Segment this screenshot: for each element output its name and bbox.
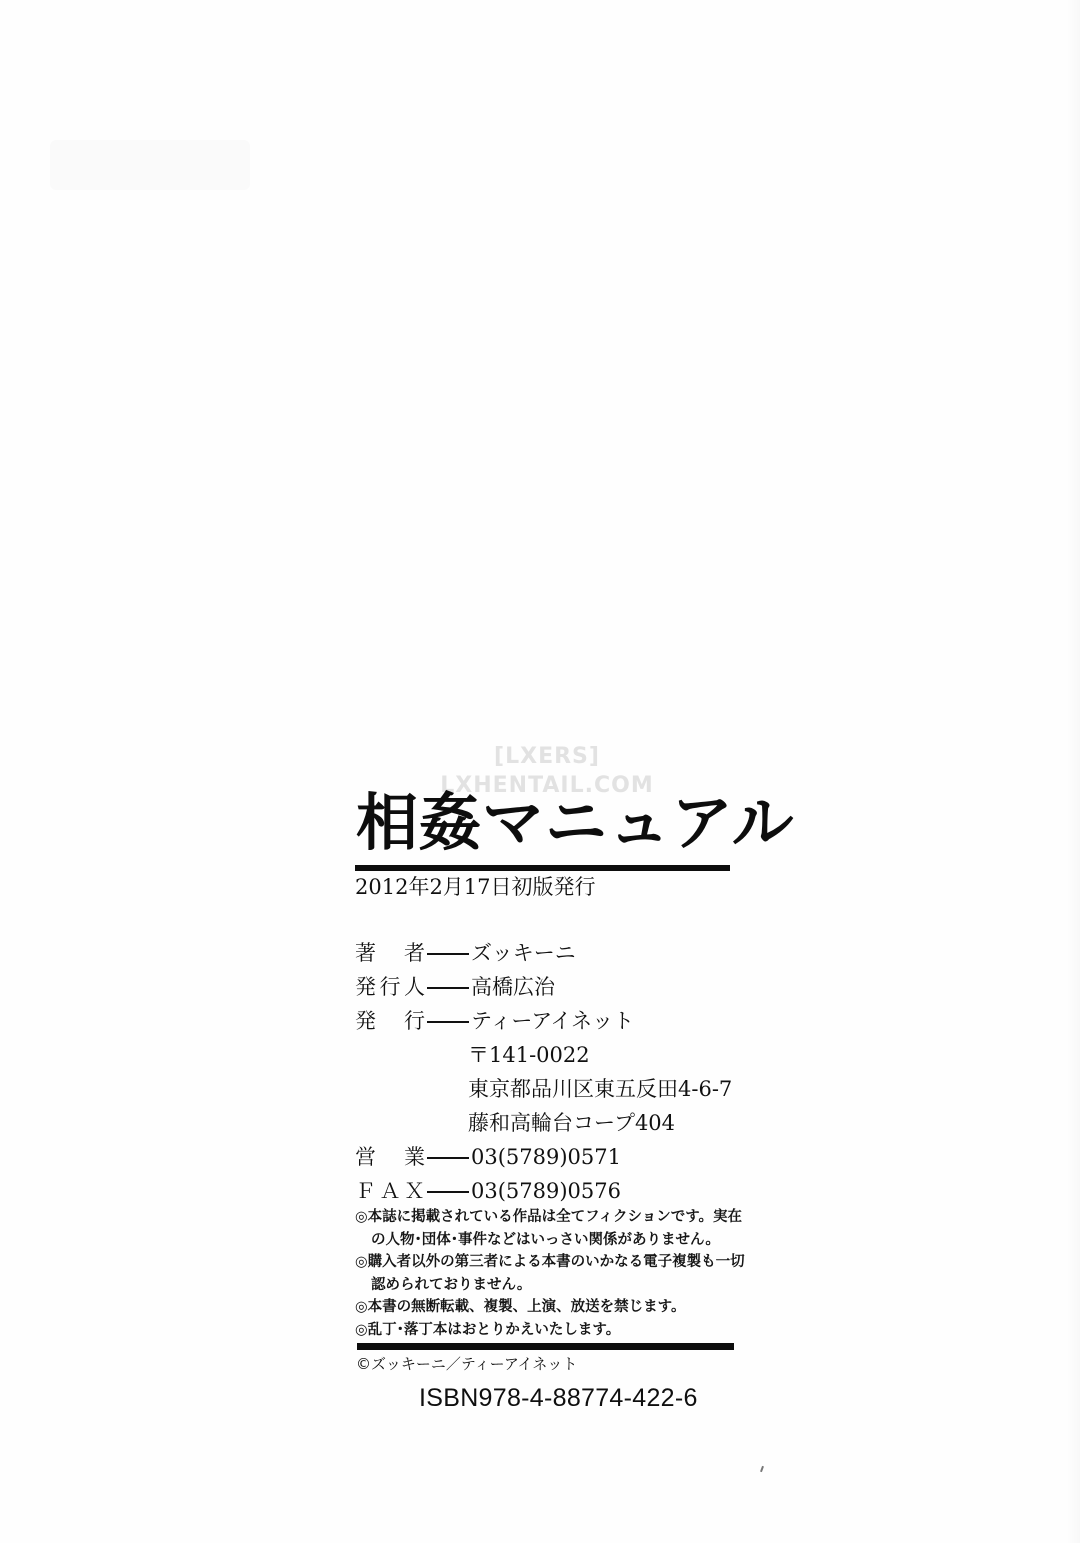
postal-code: 〒141-0022 [355,1038,732,1072]
leader-dash [427,1021,469,1023]
credit-label: 著 者 [355,936,425,970]
leader-dash [427,987,469,989]
colophon-page: [LXERS] LXHENTAIL.COM 相姦マニュアル 2012年2月17日… [0,0,1080,1543]
scan-smudge [50,140,250,190]
scan-edge-shadow [1066,0,1080,1543]
notices-block: ◎本誌に掲載されている作品は全てフィクションです。実在の人物･団体･事件などはい… [355,1206,745,1341]
contact-value: 03(5789)0576 [471,1174,621,1208]
credit-author: 著 者 ズッキーニ [355,936,732,970]
credit-value: 高橋広治 [471,970,555,1004]
notice-reproduction: ◎本書の無断転載、複製、上演、放送を禁じます。 [355,1296,745,1319]
contact-label: ＦＡＸ [355,1174,425,1208]
leader-dash [427,1157,469,1159]
address-line-2: 藤和高輪台コープ404 [355,1106,732,1140]
watermark-line-1: [LXERS] [352,744,742,769]
leader-dash [427,1191,469,1193]
edition-date: 2012年2月17日初版発行 [355,874,596,900]
credit-value: ティーアイネット [471,1004,634,1038]
isbn: ISBN978-4-88774-422-6 [419,1382,698,1414]
credit-label: 発 行 [355,1004,425,1038]
credit-publisher: 発 行 ティーアイネット [355,1004,732,1038]
credit-label: 発行人 [355,970,425,1004]
book-title: 相姦マニュアル [356,790,795,856]
credit-value: ズッキーニ [471,936,576,970]
contact-sales: 営 業 03(5789)0571 [355,1140,732,1174]
leader-dash [427,953,469,955]
scan-speck [760,1466,764,1472]
contact-fax: ＦＡＸ 03(5789)0576 [355,1174,732,1208]
contact-value: 03(5789)0571 [471,1140,621,1174]
notice-fiction: ◎本誌に掲載されている作品は全てフィクションです。実在の人物･団体･事件などはい… [355,1206,745,1251]
credit-publisher-person: 発行人 高橋広治 [355,970,732,1004]
notice-defects: ◎乱丁･落丁本はおとりかえいたします。 [355,1319,745,1342]
copyright-line: ©ズッキーニ／ティーアイネット [356,1353,577,1375]
notice-digital-copy: ◎購入者以外の第三者による本書のいかなる電子複製も一切認められておりません。 [355,1251,745,1296]
contact-label: 営 業 [355,1140,425,1174]
credits-block: 著 者 ズッキーニ 発行人 高橋広治 発 行 ティーアイネット 〒141-002… [355,936,732,1208]
bottom-divider [357,1343,734,1350]
address-line-1: 東京都品川区東五反田4-6-7 [355,1072,732,1106]
title-divider [355,865,730,871]
